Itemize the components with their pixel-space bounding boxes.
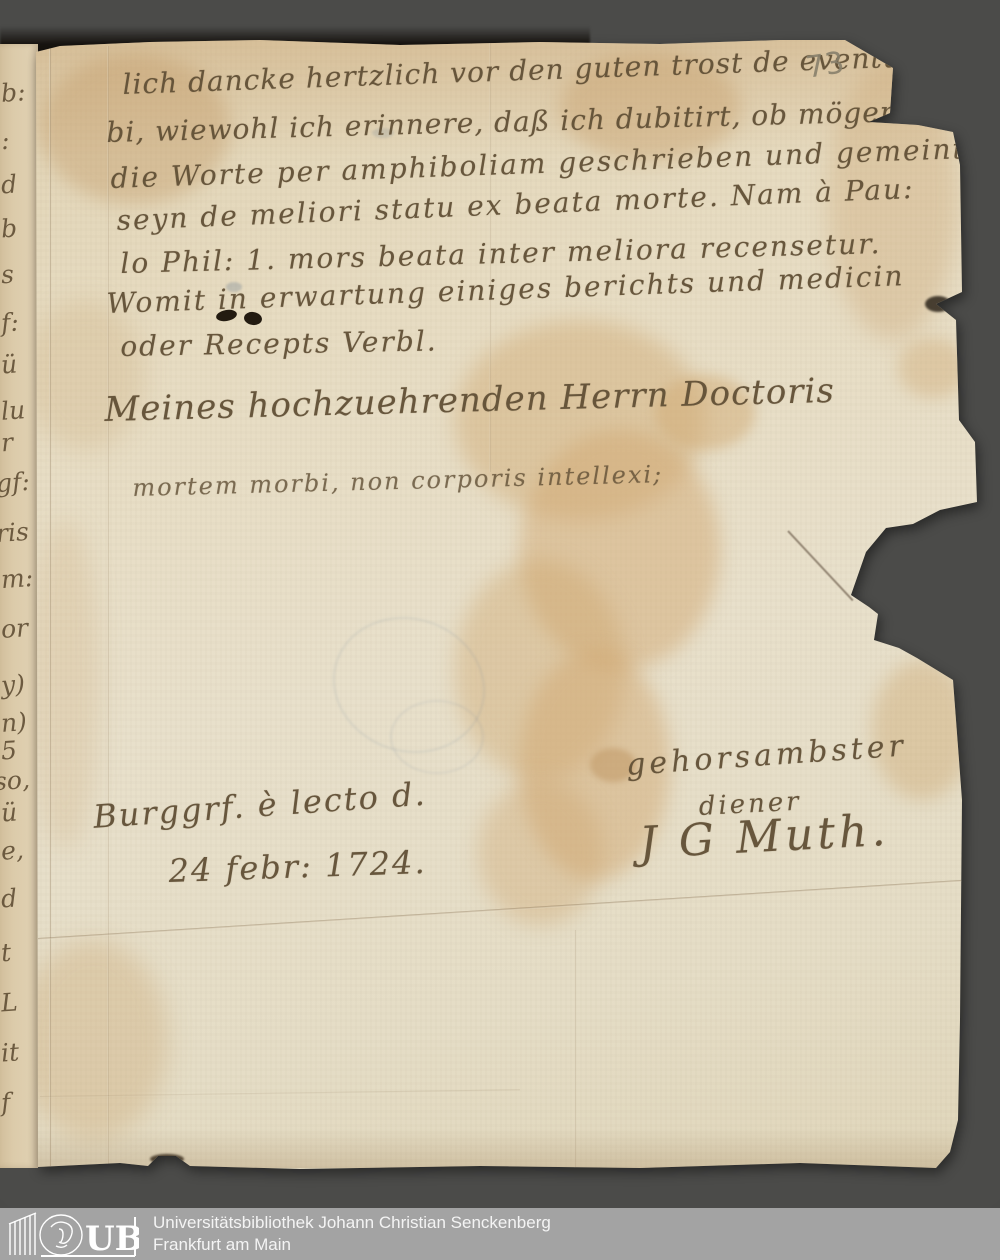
letter-page: lich dancke hertzlich vor den guten tros… [0,0,1000,1260]
library-location: Frankfurt am Main [153,1234,551,1256]
library-institution: Universitätsbibliothek Johann Christian … [153,1212,551,1234]
ub-logo-graphic: UB [7,1211,139,1257]
stain-blob [18,940,168,1140]
ub-logo: UB [7,1211,139,1257]
logo-book-lines [10,1214,35,1255]
letter-page-wrap: lich dancke hertzlich vor den guten tros… [0,0,1000,1260]
letter-dateline: 24 febr: 1724. [168,843,427,890]
letter-latin-note: mortem morbi, non corporis intellexi; [132,460,664,502]
tear-crack [787,530,853,601]
fold-crease-vertical [49,48,51,1166]
page-number: 73 [803,45,846,86]
letter-salutation: Meines hochzuehrenden Herrn Doctoris [104,371,835,430]
stain-blob [30,520,100,850]
logo-ub-text: UB [85,1219,139,1257]
letter-signature: J G Muth. [638,805,890,869]
letter-signature: gehorsambster [625,728,908,783]
logo-portrait-face [56,1229,67,1247]
logo-portrait-frame [40,1215,82,1255]
edge-dark-spot [150,1154,184,1164]
bleedthrough-mark [390,700,484,774]
manuscript-scan-view: b: : d b s f: ü lu r gf: ris m: or y) n)… [0,0,1000,1260]
library-name-block: Universitätsbibliothek Johann Christian … [153,1212,551,1256]
library-footer-bar: UB Universitätsbibliothek Johann Christi… [0,1208,1000,1260]
fold-crease-vertical [574,930,576,1168]
letter-line: oder Recepts Verbl. [120,324,438,363]
fold-crease-vertical [107,46,109,1164]
paper-bottom-toning [36,1128,960,1168]
stain-blob [898,338,968,398]
letter-dateline: Burggrf. è lecto d. [92,775,428,836]
edge-dark-spot [925,296,951,312]
fold-crease-horizontal [40,1089,520,1098]
logo-book-top-line [9,1213,36,1224]
